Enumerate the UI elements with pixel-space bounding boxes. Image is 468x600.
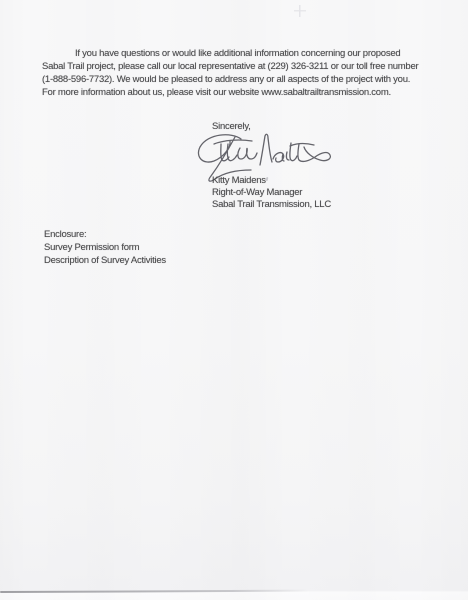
scan-edge-shadow (0, 590, 310, 593)
signer-title: Right-of-Way Manager (212, 187, 331, 199)
scan-artifact-smudge (294, 5, 306, 17)
signer-block: Kitty Maidens Right-of-Way Manager Sabal… (212, 175, 331, 211)
body-line-3: (1-888-596-7732). We would be pleased to… (42, 73, 442, 86)
enclosure-label: Enclosure: (44, 228, 166, 241)
body-line-4: For more information about us, please vi… (42, 86, 442, 99)
enclosure-block: Enclosure: Survey Permission form Descri… (44, 228, 166, 267)
scanned-letter-page: If you have questions or would like addi… (0, 0, 468, 600)
enclosure-item: Description of Survey Activities (44, 254, 166, 267)
enclosure-item: Survey Permission form (44, 241, 166, 254)
signer-company: Sabal Trail Transmission, LLC (212, 199, 331, 211)
signer-name: Kitty Maidens (212, 175, 331, 187)
body-line-1: If you have questions or would like addi… (42, 47, 442, 60)
letter-body-paragraph: If you have questions or would like addi… (42, 47, 442, 99)
body-line-2: Sabal Trail project, please call our loc… (42, 60, 442, 73)
